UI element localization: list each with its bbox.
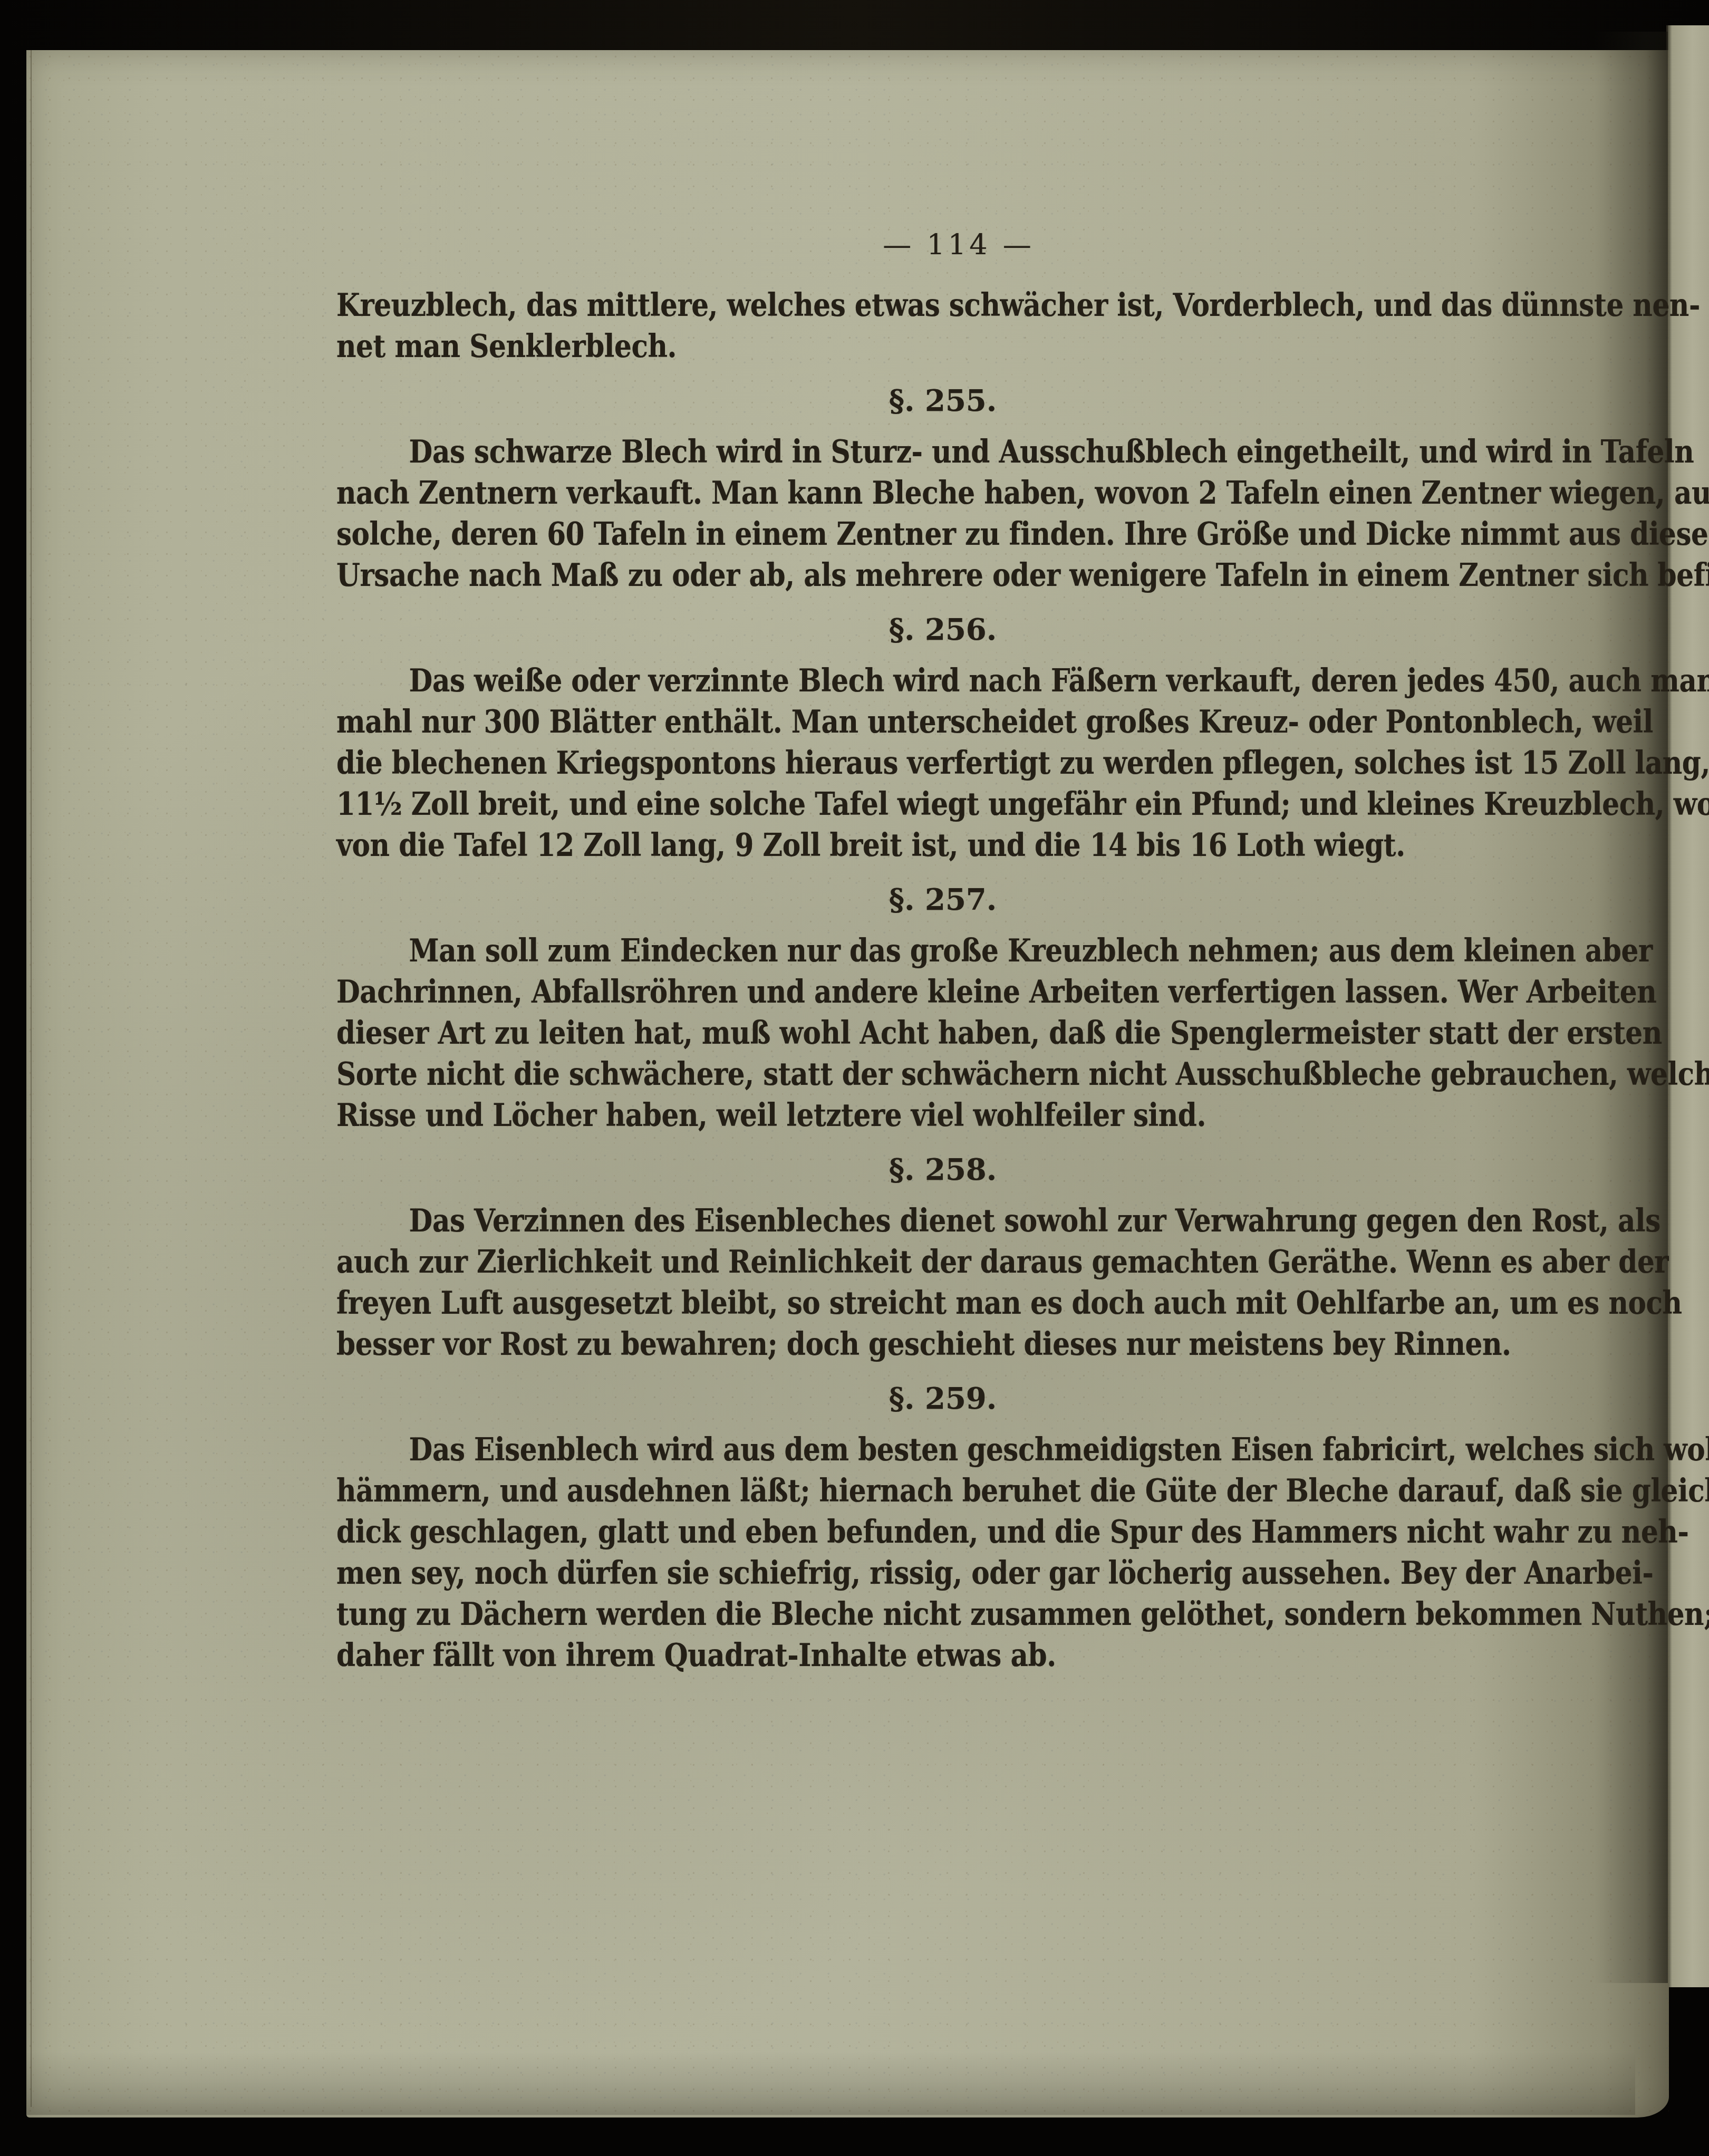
text-line: dick geschlagen, glatt und eben befunden…: [336, 1512, 1549, 1553]
page-number: — 114 —: [368, 227, 1549, 264]
section-259: §. 259. Das Eisenblech wird aus dem best…: [336, 1378, 1549, 1676]
section-258: §. 258. Das Verzinnen des Eisenbleches d…: [336, 1149, 1549, 1365]
text-line: daher fällt von ihrem Quadrat-Inhalte et…: [336, 1635, 1549, 1676]
text-line: solche, deren 60 Tafeln in einem Zentner…: [336, 514, 1549, 555]
text-line: Das weiße oder verzinnte Blech wird nach…: [336, 660, 1549, 701]
text-line: von die Tafel 12 Zoll lang, 9 Zoll breit…: [336, 825, 1549, 866]
section-heading: §. 259.: [336, 1378, 1549, 1420]
text-line: hämmern, und ausdehnen läßt; hiernach be…: [336, 1470, 1549, 1512]
page-edge-line: [31, 50, 32, 2107]
text-line: auch zur Zierlichkeit und Reinlichkeit d…: [336, 1241, 1549, 1283]
text-line: Dachrinnen, Abfallsröhren und andere kle…: [336, 971, 1549, 1013]
text-line: Risse und Löcher haben, weil letztere vi…: [336, 1095, 1549, 1136]
text-line: freyen Luft ausgesetzt bleibt, so streic…: [336, 1283, 1549, 1324]
section-heading: §. 258.: [336, 1149, 1549, 1191]
text-line: mahl nur 300 Blätter enthält. Man unters…: [336, 701, 1549, 743]
text-line: net man Senklerblech.: [336, 326, 1549, 367]
section-257: §. 257. Man soll zum Eindecken nur das g…: [336, 879, 1549, 1136]
text-line: Das schwarze Blech wird in Sturz- und Au…: [336, 431, 1549, 473]
text-line: nach Zentnern verkauft. Man kann Bleche …: [336, 473, 1549, 514]
section-heading: §. 255.: [336, 380, 1549, 422]
section-heading: §. 257.: [336, 879, 1549, 921]
text-line: Kreuzblech, das mittlere, welches etwas …: [336, 285, 1549, 326]
intro-paragraph: Kreuzblech, das mittlere, welches etwas …: [336, 285, 1549, 367]
text-line: men sey, noch dürfen sie schiefrig, riss…: [336, 1553, 1549, 1594]
text-line: tung zu Dächern werden die Bleche nicht …: [336, 1594, 1549, 1635]
page-text: — 114 — Kreuzblech, das mittlere, welche…: [336, 227, 1549, 1676]
text-line: Das Verzinnen des Eisenbleches dienet so…: [336, 1200, 1549, 1241]
text-line: 11½ Zoll breit, und eine solche Tafel wi…: [336, 784, 1549, 825]
section-heading: §. 256.: [336, 609, 1549, 651]
text-line: besser vor Rost zu bewahren; doch geschi…: [336, 1324, 1549, 1365]
text-line: dieser Art zu leiten hat, muß wohl Acht …: [336, 1013, 1549, 1054]
text-line: Das Eisenblech wird aus dem besten gesch…: [336, 1429, 1549, 1470]
section-256: §. 256. Das weiße oder verzinnte Blech w…: [336, 609, 1549, 866]
section-255: §. 255. Das schwarze Blech wird in Sturz…: [336, 380, 1549, 596]
text-line: Sorte nicht die schwächere, statt der sc…: [336, 1054, 1549, 1095]
text-line: Ursache nach Maß zu oder ab, als mehrere…: [336, 555, 1549, 596]
text-line: die blechenen Kriegspontons hieraus verf…: [336, 743, 1549, 784]
text-line: Man soll zum Eindecken nur das große Kre…: [336, 930, 1549, 971]
